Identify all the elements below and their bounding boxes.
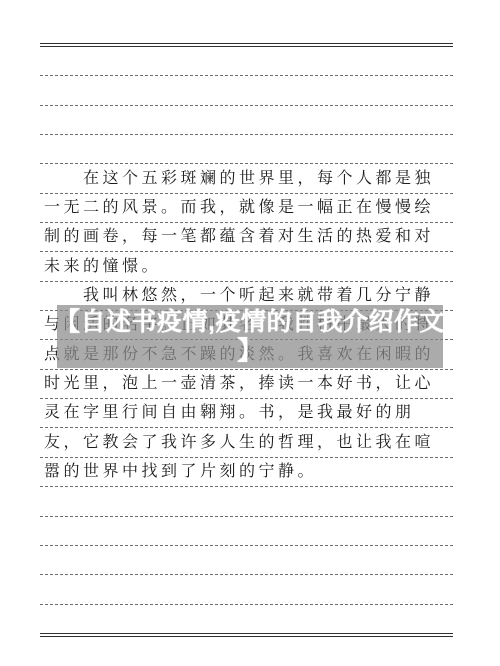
essay-line: 嚣的世界中找到了片刻的宁静。 bbox=[40, 458, 453, 487]
essay-text: 在这个五彩斑斓的世界里，每个人都是独 bbox=[40, 171, 434, 187]
essay-line: 时光里，泡上一壶清茶，捧读一本好书，让心 bbox=[40, 370, 453, 399]
essay-text: 时光里，泡上一壶清茶，捧读一本好书，让心 bbox=[40, 376, 434, 392]
ruled-line bbox=[40, 605, 453, 633]
essay-line: 友，它教会了我许多人生的哲理，也让我在喧 bbox=[40, 428, 453, 457]
ruled-line bbox=[40, 546, 453, 575]
ruled-line bbox=[40, 135, 453, 164]
ruled-line bbox=[40, 47, 453, 76]
essay-line: 制的画卷，每一笔都蕴含着对生活的热爱和对 bbox=[40, 223, 453, 252]
page-title: 【自述书疫情,疫情的自我介绍作文 bbox=[55, 308, 445, 337]
title-overlay: 【自述书疫情,疫情的自我介绍作文 】 bbox=[57, 305, 443, 368]
ruled-line bbox=[40, 517, 453, 546]
page-title-closing-bracket: 】 bbox=[237, 337, 263, 366]
essay-text: 灵在字里行间自由翱翔。书，是我最好的朋 bbox=[40, 405, 415, 421]
essay-text: 未来的憧憬。 bbox=[40, 259, 161, 275]
ruled-line bbox=[40, 76, 453, 105]
essay-text: 我叫林悠然，一个听起来就带着几分宁静 bbox=[40, 288, 434, 304]
essay-line: 一无二的风景。而我，就像是一幅正在慢慢绘 bbox=[40, 194, 453, 223]
ruled-line bbox=[40, 575, 453, 604]
ruled-line bbox=[40, 106, 453, 135]
essay-line: 在这个五彩斑斓的世界里，每个人都是独 bbox=[40, 164, 453, 193]
essay-line: 灵在字里行间自由翱翔。书，是我最好的朋 bbox=[40, 399, 453, 428]
essay-text: 嚣的世界中找到了片刻的宁静。 bbox=[40, 464, 317, 480]
essay-text: 友，它教会了我许多人生的哲理，也让我在喧 bbox=[40, 435, 434, 451]
essay-text: 制的画卷，每一笔都蕴含着对生活的热爱和对 bbox=[40, 229, 434, 245]
essay-text: 一无二的风景。而我，就像是一幅正在慢慢绘 bbox=[40, 200, 434, 216]
essay-page: 在这个五彩斑斓的世界里，每个人都是独 一无二的风景。而我，就像是一幅正在慢慢绘 … bbox=[0, 0, 500, 666]
ruled-line bbox=[40, 487, 453, 516]
essay-line: 未来的憧憬。 bbox=[40, 252, 453, 281]
